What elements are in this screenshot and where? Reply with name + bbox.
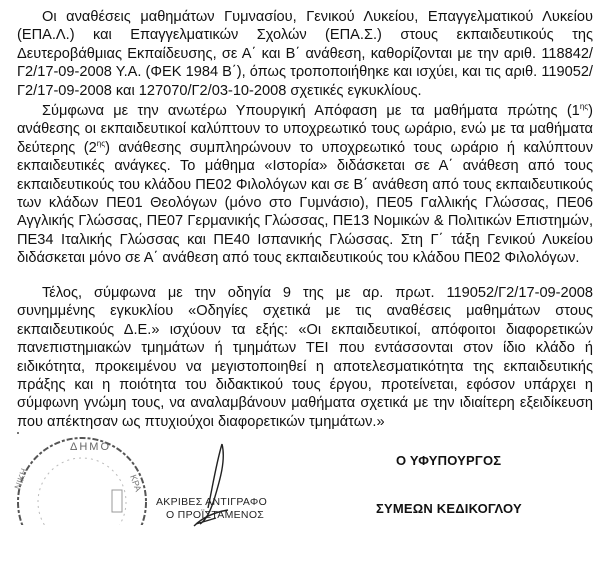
stamp-seal-icon: ΔΗΜΟ ΚΡΑ ΝΙΚΗ xyxy=(12,430,152,525)
signatory-title: Ο ΥΦΥΠΟΥΡΓΟΣ xyxy=(396,453,501,468)
signatory-name: ΣΥΜΕΩΝ ΚΕΔΙΚΟΓΛΟΥ xyxy=(376,501,522,516)
svg-text:ΝΙΚΗ: ΝΙΚΗ xyxy=(12,467,29,491)
certified-copy-label: ΑΚΡΙΒΕΣ ΑΝΤΙΓΡΑΦΟ xyxy=(156,496,267,508)
svg-text:ΔΗΜΟ: ΔΗΜΟ xyxy=(70,441,111,453)
official-stamp: ΔΗΜΟ ΚΡΑ ΝΙΚΗ xyxy=(12,430,152,525)
paragraph-text: Σύμφωνα με την ανωτέρω Υπουργική Απόφαση… xyxy=(17,102,593,268)
paragraph-text: Οι αναθέσεις μαθημάτων Γυμνασίου, Γενικο… xyxy=(17,8,593,100)
svg-text:ΚΡΑ: ΚΡΑ xyxy=(128,473,143,493)
head-of-department-label: Ο ΠΡΟΪΣΤΑΜΕΝΟΣ xyxy=(166,509,264,521)
paragraph-text: Τέλος, σύμφωνα με την οδηγία 9 της με αρ… xyxy=(17,284,593,431)
paragraph-directive-9: Τέλος, σύμφωνα με την οδηγία 9 της με αρ… xyxy=(17,284,593,431)
paragraph-history-assignment: Σύμφωνα με την ανωτέρω Υπουργική Απόφαση… xyxy=(17,102,593,268)
paragraph-assignments-intro: Οι αναθέσεις μαθημάτων Γυμνασίου, Γενικο… xyxy=(17,8,593,100)
